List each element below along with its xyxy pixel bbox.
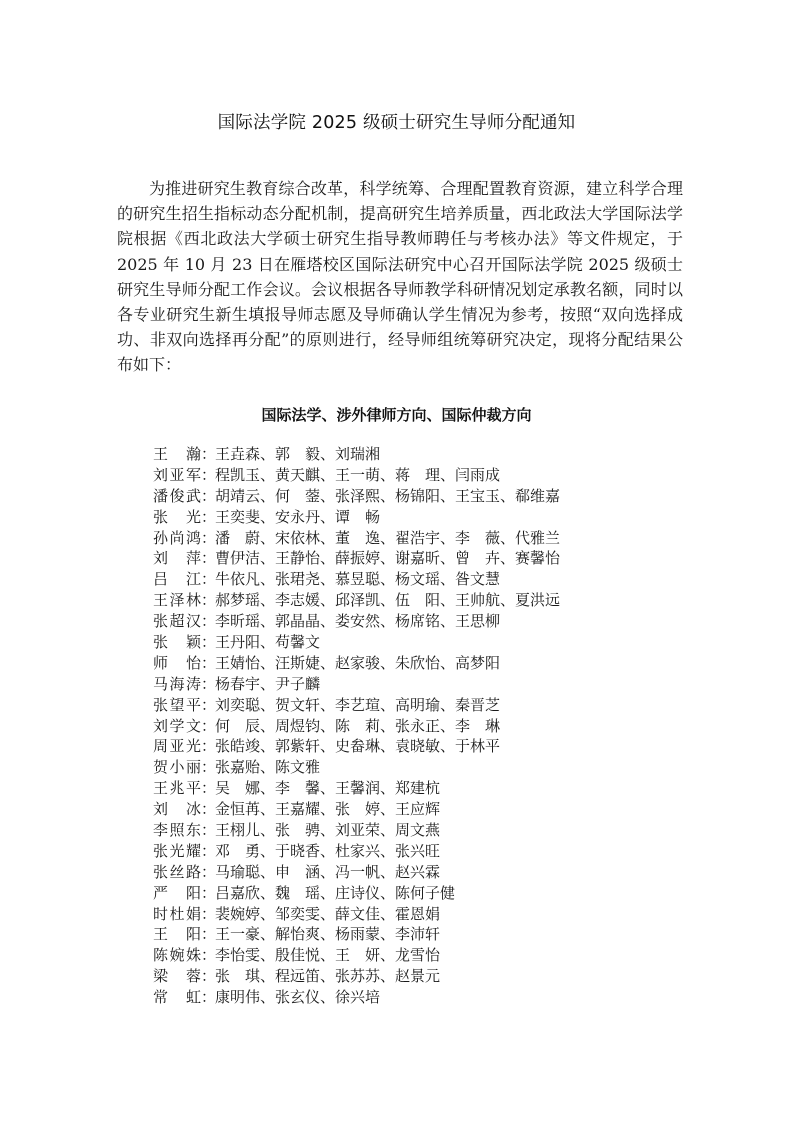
colon: ：: [201, 632, 215, 653]
assignment-row: 王兆平：吴 娜、李 馨、王馨润、郑建杭: [153, 778, 560, 799]
student-names: 马瑜聪、申 涵、冯一帆、赵兴霖: [215, 862, 440, 883]
advisor-name: 刘亚军: [153, 465, 201, 486]
advisor-name: 王阳: [153, 924, 201, 945]
colon: ：: [201, 507, 215, 528]
assignment-row: 严阳：吕嘉欣、魏 瑶、庄诗仪、陈何子健: [153, 883, 560, 904]
colon: ：: [201, 987, 215, 1008]
colon: ：: [201, 444, 215, 465]
student-names: 金恒苒、王嘉耀、张 婷、王应辉: [215, 799, 440, 820]
assignment-row: 张颖：王丹阳、苟馨文: [153, 632, 560, 653]
assignment-row: 张超汉：李昕瑶、郭晶晶、娄安然、杨席铭、王思柳: [153, 611, 560, 632]
colon: ：: [201, 820, 215, 841]
assignment-row: 陈婉姝：李怡雯、殷佳悦、王 妍、龙雪怡: [153, 945, 560, 966]
colon: ：: [201, 904, 215, 925]
assignment-row: 师怡：王婧怡、汪斯婕、赵家骏、朱欣怡、高梦阳: [153, 653, 560, 674]
assignment-row: 李照东：王栩儿、张 骋、刘亚荣、周文燕: [153, 820, 560, 841]
colon: ：: [201, 590, 215, 611]
advisor-name: 张望平: [153, 695, 201, 716]
colon: ：: [201, 569, 215, 590]
assignment-row: 王阳：王一豪、解怡爽、杨雨蒙、李沛轩: [153, 924, 560, 945]
student-names: 王垚森、郭 毅、刘瑞湘: [215, 444, 380, 465]
advisor-name: 李照东: [153, 820, 201, 841]
assignment-row: 张光耀：邓 勇、于晓香、杜家兴、张兴旺: [153, 841, 560, 862]
advisor-name: 马海涛: [153, 674, 201, 695]
student-names: 王婧怡、汪斯婕、赵家骏、朱欣怡、高梦阳: [215, 653, 500, 674]
assignment-row: 周亚光：张皓竣、郭紫轩、史畚琳、袁晓敏、于林平: [153, 736, 560, 757]
assignment-row: 张光：王奕斐、安永丹、谭 畅: [153, 507, 560, 528]
advisor-name: 周亚光: [153, 736, 201, 757]
advisor-name: 刘萍: [153, 548, 201, 569]
advisor-name: 师怡: [153, 653, 201, 674]
student-names: 王栩儿、张 骋、刘亚荣、周文燕: [215, 820, 440, 841]
assignment-row: 刘冰：金恒苒、王嘉耀、张 婷、王应辉: [153, 799, 560, 820]
advisor-name: 时杜娟: [153, 904, 201, 925]
student-names: 康明伟、张玄仪、徐兴培: [215, 987, 380, 1008]
assignment-row: 刘亚军：程凯玉、黄天麒、王一萌、蒋 理、闫雨成: [153, 465, 560, 486]
student-names: 胡靖云、何 蓥、张泽熙、杨锦阳、王宝玉、郗维嘉: [215, 486, 560, 507]
advisor-name: 孙尚鸿: [153, 528, 201, 549]
advisor-name: 张超汉: [153, 611, 201, 632]
student-names: 杨春宇、尹子麟: [215, 674, 320, 695]
colon: ：: [201, 841, 215, 862]
colon: ：: [201, 548, 215, 569]
assignment-row: 刘萍：曹伊洁、王静怡、薛振婷、谢嘉昕、曾 卉、赛馨怡: [153, 548, 560, 569]
colon: ：: [201, 674, 215, 695]
colon: ：: [201, 757, 215, 778]
colon: ：: [201, 966, 215, 987]
student-names: 王丹阳、苟馨文: [215, 632, 320, 653]
colon: ：: [201, 486, 215, 507]
student-names: 何 辰、周煜钧、陈 莉、张永正、李 琳: [215, 716, 500, 737]
advisor-name: 刘冰: [153, 799, 201, 820]
student-names: 王奕斐、安永丹、谭 畅: [215, 507, 380, 528]
assignment-row: 吕江：牛依凡、张珺尧、慕昱聪、杨文瑶、昝文慧: [153, 569, 560, 590]
student-names: 潘 蔚、宋依林、董 逸、翟浩宇、李 薇、代雅兰: [215, 528, 560, 549]
advisor-name: 梁蓉: [153, 966, 201, 987]
assignment-row: 张望平：刘奕聪、贺文轩、李艺瑄、高明瑜、秦晋芝: [153, 695, 560, 716]
advisor-name: 常虹: [153, 987, 201, 1008]
student-names: 李怡雯、殷佳悦、王 妍、龙雪怡: [215, 945, 440, 966]
advisor-name: 严阳: [153, 883, 201, 904]
advisor-name: 陈婉姝: [153, 945, 201, 966]
colon: ：: [201, 883, 215, 904]
colon: ：: [201, 528, 215, 549]
advisor-name: 贺小丽: [153, 757, 201, 778]
advisor-name: 张光耀: [153, 841, 201, 862]
advisor-name: 王瀚: [153, 444, 201, 465]
assignment-row: 梁蓉：张 琪、程远笛、张苏苏、赵景元: [153, 966, 560, 987]
colon: ：: [201, 653, 215, 674]
assignment-list: 王瀚：王垚森、郭 毅、刘瑞湘 刘亚军：程凯玉、黄天麒、王一萌、蒋 理、闫雨成 潘…: [153, 444, 560, 1008]
assignment-row: 常虹：康明伟、张玄仪、徐兴培: [153, 987, 560, 1008]
document-page: 国际法学院 2025 级硕士研究生导师分配通知 为推进研究生教育综合改革，科学统…: [0, 0, 793, 1122]
student-names: 张 琪、程远笛、张苏苏、赵景元: [215, 966, 440, 987]
advisor-name: 王泽林: [153, 590, 201, 611]
colon: ：: [201, 799, 215, 820]
assignment-row: 时杜娟：裴婉婷、邹奕雯、薛文佳、霍恩娟: [153, 904, 560, 925]
advisor-name: 吕江: [153, 569, 201, 590]
colon: ：: [201, 611, 215, 632]
assignment-row: 王瀚：王垚森、郭 毅、刘瑞湘: [153, 444, 560, 465]
student-names: 吕嘉欣、魏 瑶、庄诗仪、陈何子健: [215, 883, 455, 904]
colon: ：: [201, 862, 215, 883]
colon: ：: [201, 716, 215, 737]
student-names: 裴婉婷、邹奕雯、薛文佳、霍恩娟: [215, 904, 440, 925]
student-names: 程凯玉、黄天麒、王一萌、蒋 理、闫雨成: [215, 465, 500, 486]
student-names: 吴 娜、李 馨、王馨润、郑建杭: [215, 778, 440, 799]
advisor-name: 刘学文: [153, 716, 201, 737]
student-names: 张皓竣、郭紫轩、史畚琳、袁晓敏、于林平: [215, 736, 500, 757]
colon: ：: [201, 695, 215, 716]
assignment-row: 孙尚鸿：潘 蔚、宋依林、董 逸、翟浩宇、李 薇、代雅兰: [153, 528, 560, 549]
assignment-row: 张丝路：马瑜聪、申 涵、冯一帆、赵兴霖: [153, 862, 560, 883]
advisor-name: 张颖: [153, 632, 201, 653]
document-title: 国际法学院 2025 级硕士研究生导师分配通知: [0, 109, 793, 134]
section-heading: 国际法学、涉外律师方向、国际仲裁方向: [0, 404, 793, 425]
advisor-name: 王兆平: [153, 778, 201, 799]
student-names: 邓 勇、于晓香、杜家兴、张兴旺: [215, 841, 440, 862]
student-names: 牛依凡、张珺尧、慕昱聪、杨文瑶、昝文慧: [215, 569, 500, 590]
colon: ：: [201, 736, 215, 757]
advisor-name: 张光: [153, 507, 201, 528]
assignment-row: 马海涛：杨春宇、尹子麟: [153, 674, 560, 695]
assignment-row: 刘学文：何 辰、周煜钧、陈 莉、张永正、李 琳: [153, 716, 560, 737]
student-names: 张嘉贻、陈文雅: [215, 757, 320, 778]
advisor-name: 张丝路: [153, 862, 201, 883]
student-names: 刘奕聪、贺文轩、李艺瑄、高明瑜、秦晋芝: [215, 695, 500, 716]
intro-paragraph: 为推进研究生教育综合改革，科学统筹、合理配置教育资源，建立科学合理的研究生招生指…: [117, 176, 683, 378]
student-names: 郝梦瑶、李志媛、邱泽凯、伍 阳、王帅航、夏洪远: [215, 590, 560, 611]
student-names: 王一豪、解怡爽、杨雨蒙、李沛轩: [215, 924, 440, 945]
colon: ：: [201, 465, 215, 486]
student-names: 李昕瑶、郭晶晶、娄安然、杨席铭、王思柳: [215, 611, 500, 632]
colon: ：: [201, 945, 215, 966]
advisor-name: 潘俊武: [153, 486, 201, 507]
assignment-row: 贺小丽：张嘉贻、陈文雅: [153, 757, 560, 778]
colon: ：: [201, 778, 215, 799]
student-names: 曹伊洁、王静怡、薛振婷、谢嘉昕、曾 卉、赛馨怡: [215, 548, 560, 569]
assignment-row: 王泽林：郝梦瑶、李志媛、邱泽凯、伍 阳、王帅航、夏洪远: [153, 590, 560, 611]
assignment-row: 潘俊武：胡靖云、何 蓥、张泽熙、杨锦阳、王宝玉、郗维嘉: [153, 486, 560, 507]
colon: ：: [201, 924, 215, 945]
